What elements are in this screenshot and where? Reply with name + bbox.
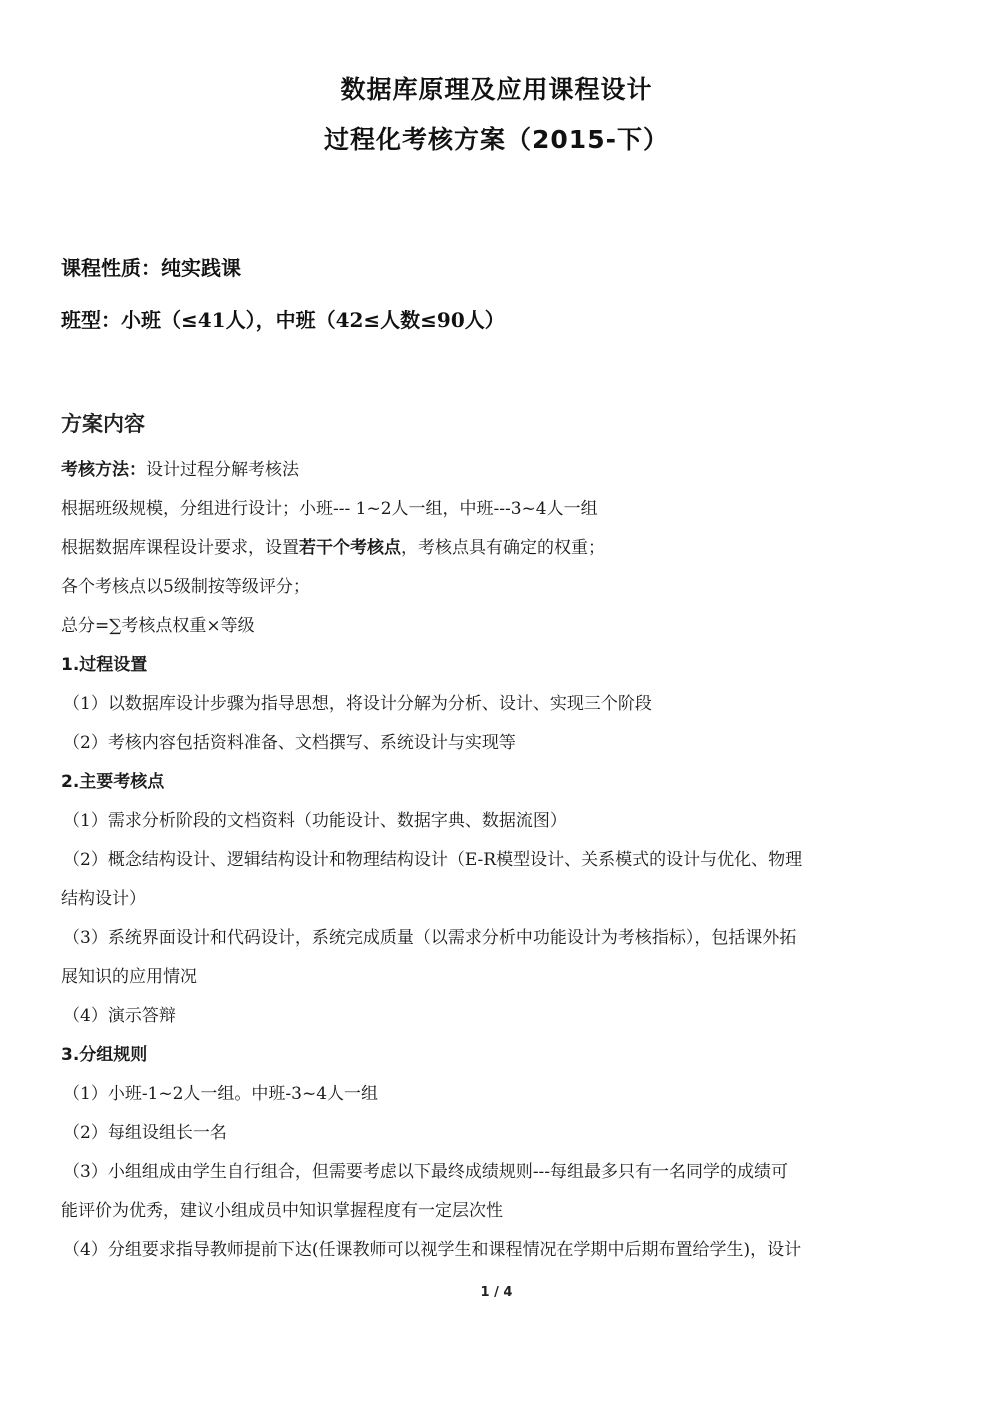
class-type-value: 小班（≤41人），中班（42≤人数≤90人） [121,308,505,332]
section-item-continued: 展知识的应用情况 [61,966,197,988]
section-item: （2）每组设组长一名 [63,1122,227,1144]
intro-line: 各个考核点以5级制按等级评分； [61,576,310,598]
course-nature-value: 纯实践课 [161,256,241,280]
content-heading: 方案内容 [61,413,145,435]
document-title: 数据库原理及应用课程设计 [0,70,993,106]
section-item: （4）演示答辩 [63,1005,176,1027]
section-item: （2）概念结构设计、逻辑结构设计和物理结构设计（E-R模型设计、关系模式的设计与… [63,849,802,871]
section-item-continued: 能评价为优秀，建议小组成员中知识掌握程度有一定层次性 [61,1200,503,1222]
intro-line: 总分=∑考核点权重×等级 [61,615,255,637]
intro-line: 根据数据库课程设计要求，设置若干个考核点，考核点具有确定的权重； [61,537,605,559]
intro-text: 根据数据库课程设计要求，设置 [61,538,299,558]
section-item: （1）以数据库设计步骤为指导思想，将设计分解为分析、设计、实现三个阶段 [63,693,652,715]
course-nature-label: 课程性质： [61,256,161,280]
class-type: 班型：小班（≤41人），中班（42≤人数≤90人） [61,309,505,331]
section-item: （1）需求分析阶段的文档资料（功能设计、数据字典、数据流图） [63,810,567,832]
document-page: 数据库原理及应用课程设计 过程化考核方案（2015-下） 课程性质：纯实践课 班… [0,0,993,1404]
class-type-label: 班型： [61,308,121,332]
method-value: 设计过程分解考核法 [146,460,299,480]
intro-text: ，考核点具有确定的权重； [401,538,605,558]
method-line: 考核方法：设计过程分解考核法 [61,459,299,481]
section-item: （2）考核内容包括资料准备、文档撰写、系统设计与实现等 [63,732,516,754]
course-nature: 课程性质：纯实践课 [61,257,241,279]
method-label: 考核方法： [61,460,146,480]
page-number: 1 / 4 [0,1285,993,1300]
intro-line: 根据班级规模，分组进行设计；小班--- 1~2人一组，中班---3~4人一组 [61,498,598,520]
section-item: （3）系统界面设计和代码设计，系统完成质量（以需求分析中功能设计为考核指标），包… [63,927,796,949]
section-item-continued: 结构设计） [61,888,146,910]
section-item: （4）分组要求指导教师提前下达(任课教师可以视学生和课程情况在学期中后期布置给学… [63,1239,801,1261]
section-heading: 2.主要考核点 [61,771,164,793]
section-heading: 3.分组规则 [61,1044,147,1066]
document-subtitle: 过程化考核方案（2015-下） [0,120,993,156]
section-item: （1）小班-1~2人一组。中班-3~4人一组 [63,1083,378,1105]
section-item: （3）小组组成由学生自行组合，但需要考虑以下最终成绩规则---每组最多只有一名同… [63,1161,788,1183]
intro-bold-text: 若干个考核点 [299,538,401,558]
section-heading: 1.过程设置 [61,654,147,676]
